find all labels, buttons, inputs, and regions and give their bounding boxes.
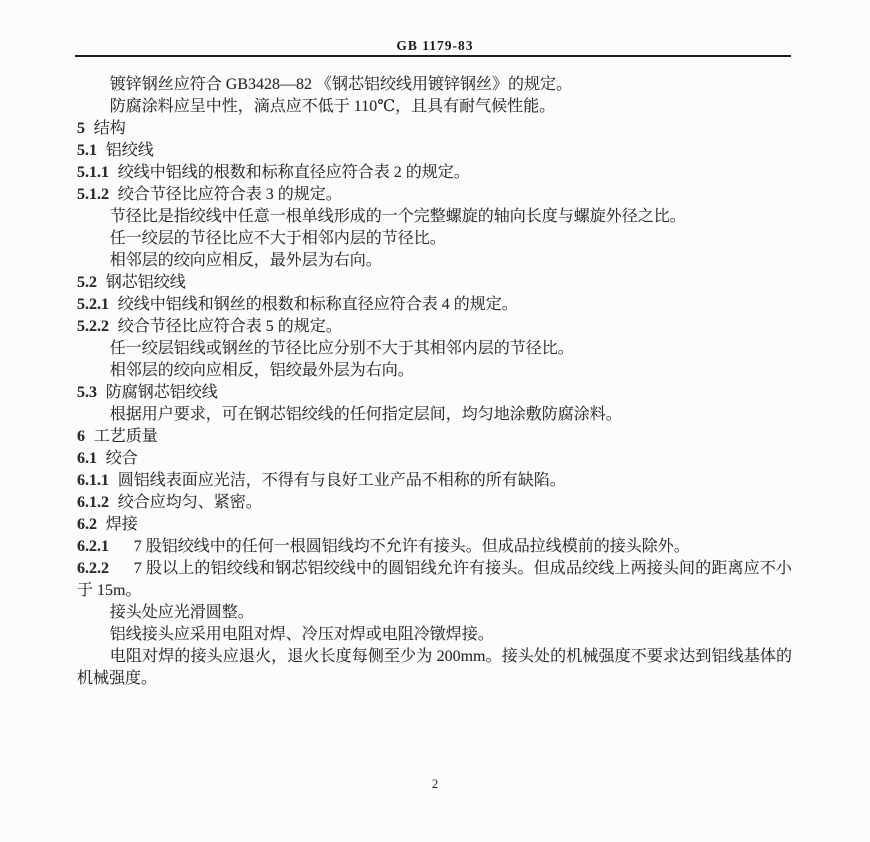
clause-number: 5.1 bbox=[77, 142, 97, 159]
paragraph-text: 绞线中铝线的根数和标称直径应符合表 2 的规定。 bbox=[118, 164, 470, 181]
clause-paragraph: 6.2.17 股铝绞线中的任何一根圆铝线均不允许有接头。但成品拉线模前的接头除外… bbox=[77, 536, 792, 558]
clause-number: 6.1.2 bbox=[77, 494, 109, 511]
section-heading: 5.2钢芯铝绞线 bbox=[77, 272, 792, 294]
clause-number: 6 bbox=[77, 428, 85, 445]
document-page: GB 1179-83 镀锌钢丝应符合 GB3428—82 《钢芯铝绞线用镀锌钢丝… bbox=[0, 0, 870, 842]
body-paragraph: 任一绞层铝线或钢丝的节径比应分别不大于其相邻内层的节径比。 bbox=[77, 338, 792, 360]
body-paragraph: 防腐涂料应呈中性，滴点应不低于 110℃，且具有耐气候性能。 bbox=[77, 96, 792, 118]
clause-number: 6.1.1 bbox=[77, 472, 109, 489]
paragraph-text: 铝绞线 bbox=[106, 142, 154, 159]
clause-number: 5.3 bbox=[77, 384, 97, 401]
clause-paragraph: 5.1.1绞线中铝线的根数和标称直径应符合表 2 的规定。 bbox=[77, 162, 792, 184]
paragraph-text: 圆铝线表面应光洁，不得有与良好工业产品不相称的所有缺陷。 bbox=[118, 472, 566, 489]
paragraph-text: 铝线接头应采用电阻对焊、冷压对焊或电阻冷镦焊接。 bbox=[110, 626, 494, 643]
paragraph-text: 绞合 bbox=[106, 450, 138, 467]
paragraph-text: 根据用户要求，可在钢芯铝绞线的任何指定层间，均匀地涂敷防腐涂料。 bbox=[110, 406, 622, 423]
paragraph-text: 接头处应光滑圆整。 bbox=[110, 604, 254, 621]
section-heading: 5结构 bbox=[77, 118, 792, 140]
clause-number: 6.1 bbox=[77, 450, 97, 467]
header-rule bbox=[75, 55, 791, 57]
body-paragraph: 节径比是指绞线中任意一根单线形成的一个完整螺旋的轴向长度与螺旋外径之比。 bbox=[77, 206, 792, 228]
body-paragraph: 相邻层的绞向应相反，最外层为右向。 bbox=[77, 250, 792, 272]
paragraph-text: 镀锌钢丝应符合 GB3428—82 《钢芯铝绞线用镀锌钢丝》的规定。 bbox=[110, 76, 572, 93]
clause-number: 5.2.2 bbox=[77, 318, 109, 335]
section-heading: 6工艺质量 bbox=[77, 426, 792, 448]
page-number: 2 bbox=[0, 776, 870, 792]
body-paragraph: 镀锌钢丝应符合 GB3428—82 《钢芯铝绞线用镀锌钢丝》的规定。 bbox=[77, 74, 792, 96]
paragraph-text: 绞线中铝线和钢丝的根数和标称直径应符合表 4 的规定。 bbox=[118, 296, 518, 313]
paragraph-text: 防腐钢芯铝绞线 bbox=[106, 384, 218, 401]
clause-paragraph: 5.1.2绞合节径比应符合表 3 的规定。 bbox=[77, 184, 792, 206]
paragraph-text: 钢芯铝绞线 bbox=[106, 274, 186, 291]
paragraph-text: 7 股以上的铝绞线和钢芯铝绞线中的圆铝线允许有接头。但成品绞线上两接头间的距离应… bbox=[77, 560, 792, 599]
clause-number: 6.2.2 bbox=[77, 560, 109, 577]
section-heading: 5.1铝绞线 bbox=[77, 140, 792, 162]
paragraph-text: 防腐涂料应呈中性，滴点应不低于 110℃，且具有耐气候性能。 bbox=[110, 98, 555, 115]
clause-paragraph: 6.2.27 股以上的铝绞线和钢芯铝绞线中的圆铝线允许有接头。但成品绞线上两接头… bbox=[77, 558, 792, 602]
standard-number: GB 1179-83 bbox=[0, 38, 870, 54]
clause-paragraph: 5.2.2绞合节径比应符合表 5 的规定。 bbox=[77, 316, 792, 338]
body-paragraph: 电阻对焊的接头应退火，退火长度每侧至少为 200mm。接头处的机械强度不要求达到… bbox=[77, 646, 792, 690]
clause-number: 5 bbox=[77, 120, 85, 137]
paragraph-text: 焊接 bbox=[106, 516, 138, 533]
paragraph-text: 工艺质量 bbox=[94, 428, 158, 445]
paragraph-text: 电阻对焊的接头应退火，退火长度每侧至少为 200mm。接头处的机械强度不要求达到… bbox=[77, 648, 792, 687]
paragraph-text: 相邻层的绞向应相反，铝绞最外层为右向。 bbox=[110, 362, 414, 379]
paragraph-text: 绞合节径比应符合表 3 的规定。 bbox=[118, 186, 342, 203]
clause-number: 6.2.1 bbox=[77, 538, 109, 555]
clause-number: 5.1.2 bbox=[77, 186, 109, 203]
paragraph-text: 7 股铝绞线中的任何一根圆铝线均不允许有接头。但成品拉线模前的接头除外。 bbox=[134, 538, 690, 555]
body-paragraph: 任一绞层的节径比应不大于相邻内层的节径比。 bbox=[77, 228, 792, 250]
section-heading: 5.3防腐钢芯铝绞线 bbox=[77, 382, 792, 404]
clause-number: 5.1.1 bbox=[77, 164, 109, 181]
clause-paragraph: 5.2.1绞线中铝线和钢丝的根数和标称直径应符合表 4 的规定。 bbox=[77, 294, 792, 316]
body-paragraph: 相邻层的绞向应相反，铝绞最外层为右向。 bbox=[77, 360, 792, 382]
body-paragraph: 根据用户要求，可在钢芯铝绞线的任何指定层间，均匀地涂敷防腐涂料。 bbox=[77, 404, 792, 426]
body-paragraph: 铝线接头应采用电阻对焊、冷压对焊或电阻冷镦焊接。 bbox=[77, 624, 792, 646]
clause-number: 5.2 bbox=[77, 274, 97, 291]
paragraph-text: 绞合应均匀、紧密。 bbox=[118, 494, 262, 511]
body-paragraph: 接头处应光滑圆整。 bbox=[77, 602, 792, 624]
document-body: 镀锌钢丝应符合 GB3428—82 《钢芯铝绞线用镀锌钢丝》的规定。防腐涂料应呈… bbox=[77, 74, 792, 690]
clause-number: 6.2 bbox=[77, 516, 97, 533]
section-heading: 6.2焊接 bbox=[77, 514, 792, 536]
paragraph-text: 任一绞层的节径比应不大于相邻内层的节径比。 bbox=[110, 230, 446, 247]
paragraph-text: 节径比是指绞线中任意一根单线形成的一个完整螺旋的轴向长度与螺旋外径之比。 bbox=[110, 208, 686, 225]
paragraph-text: 相邻层的绞向应相反，最外层为右向。 bbox=[110, 252, 382, 269]
clause-paragraph: 6.1.1圆铝线表面应光洁，不得有与良好工业产品不相称的所有缺陷。 bbox=[77, 470, 792, 492]
clause-number: 5.2.1 bbox=[77, 296, 109, 313]
paragraph-text: 任一绞层铝线或钢丝的节径比应分别不大于其相邻内层的节径比。 bbox=[110, 340, 574, 357]
paragraph-text: 结构 bbox=[94, 120, 126, 137]
clause-paragraph: 6.1.2绞合应均匀、紧密。 bbox=[77, 492, 792, 514]
section-heading: 6.1绞合 bbox=[77, 448, 792, 470]
paragraph-text: 绞合节径比应符合表 5 的规定。 bbox=[118, 318, 342, 335]
